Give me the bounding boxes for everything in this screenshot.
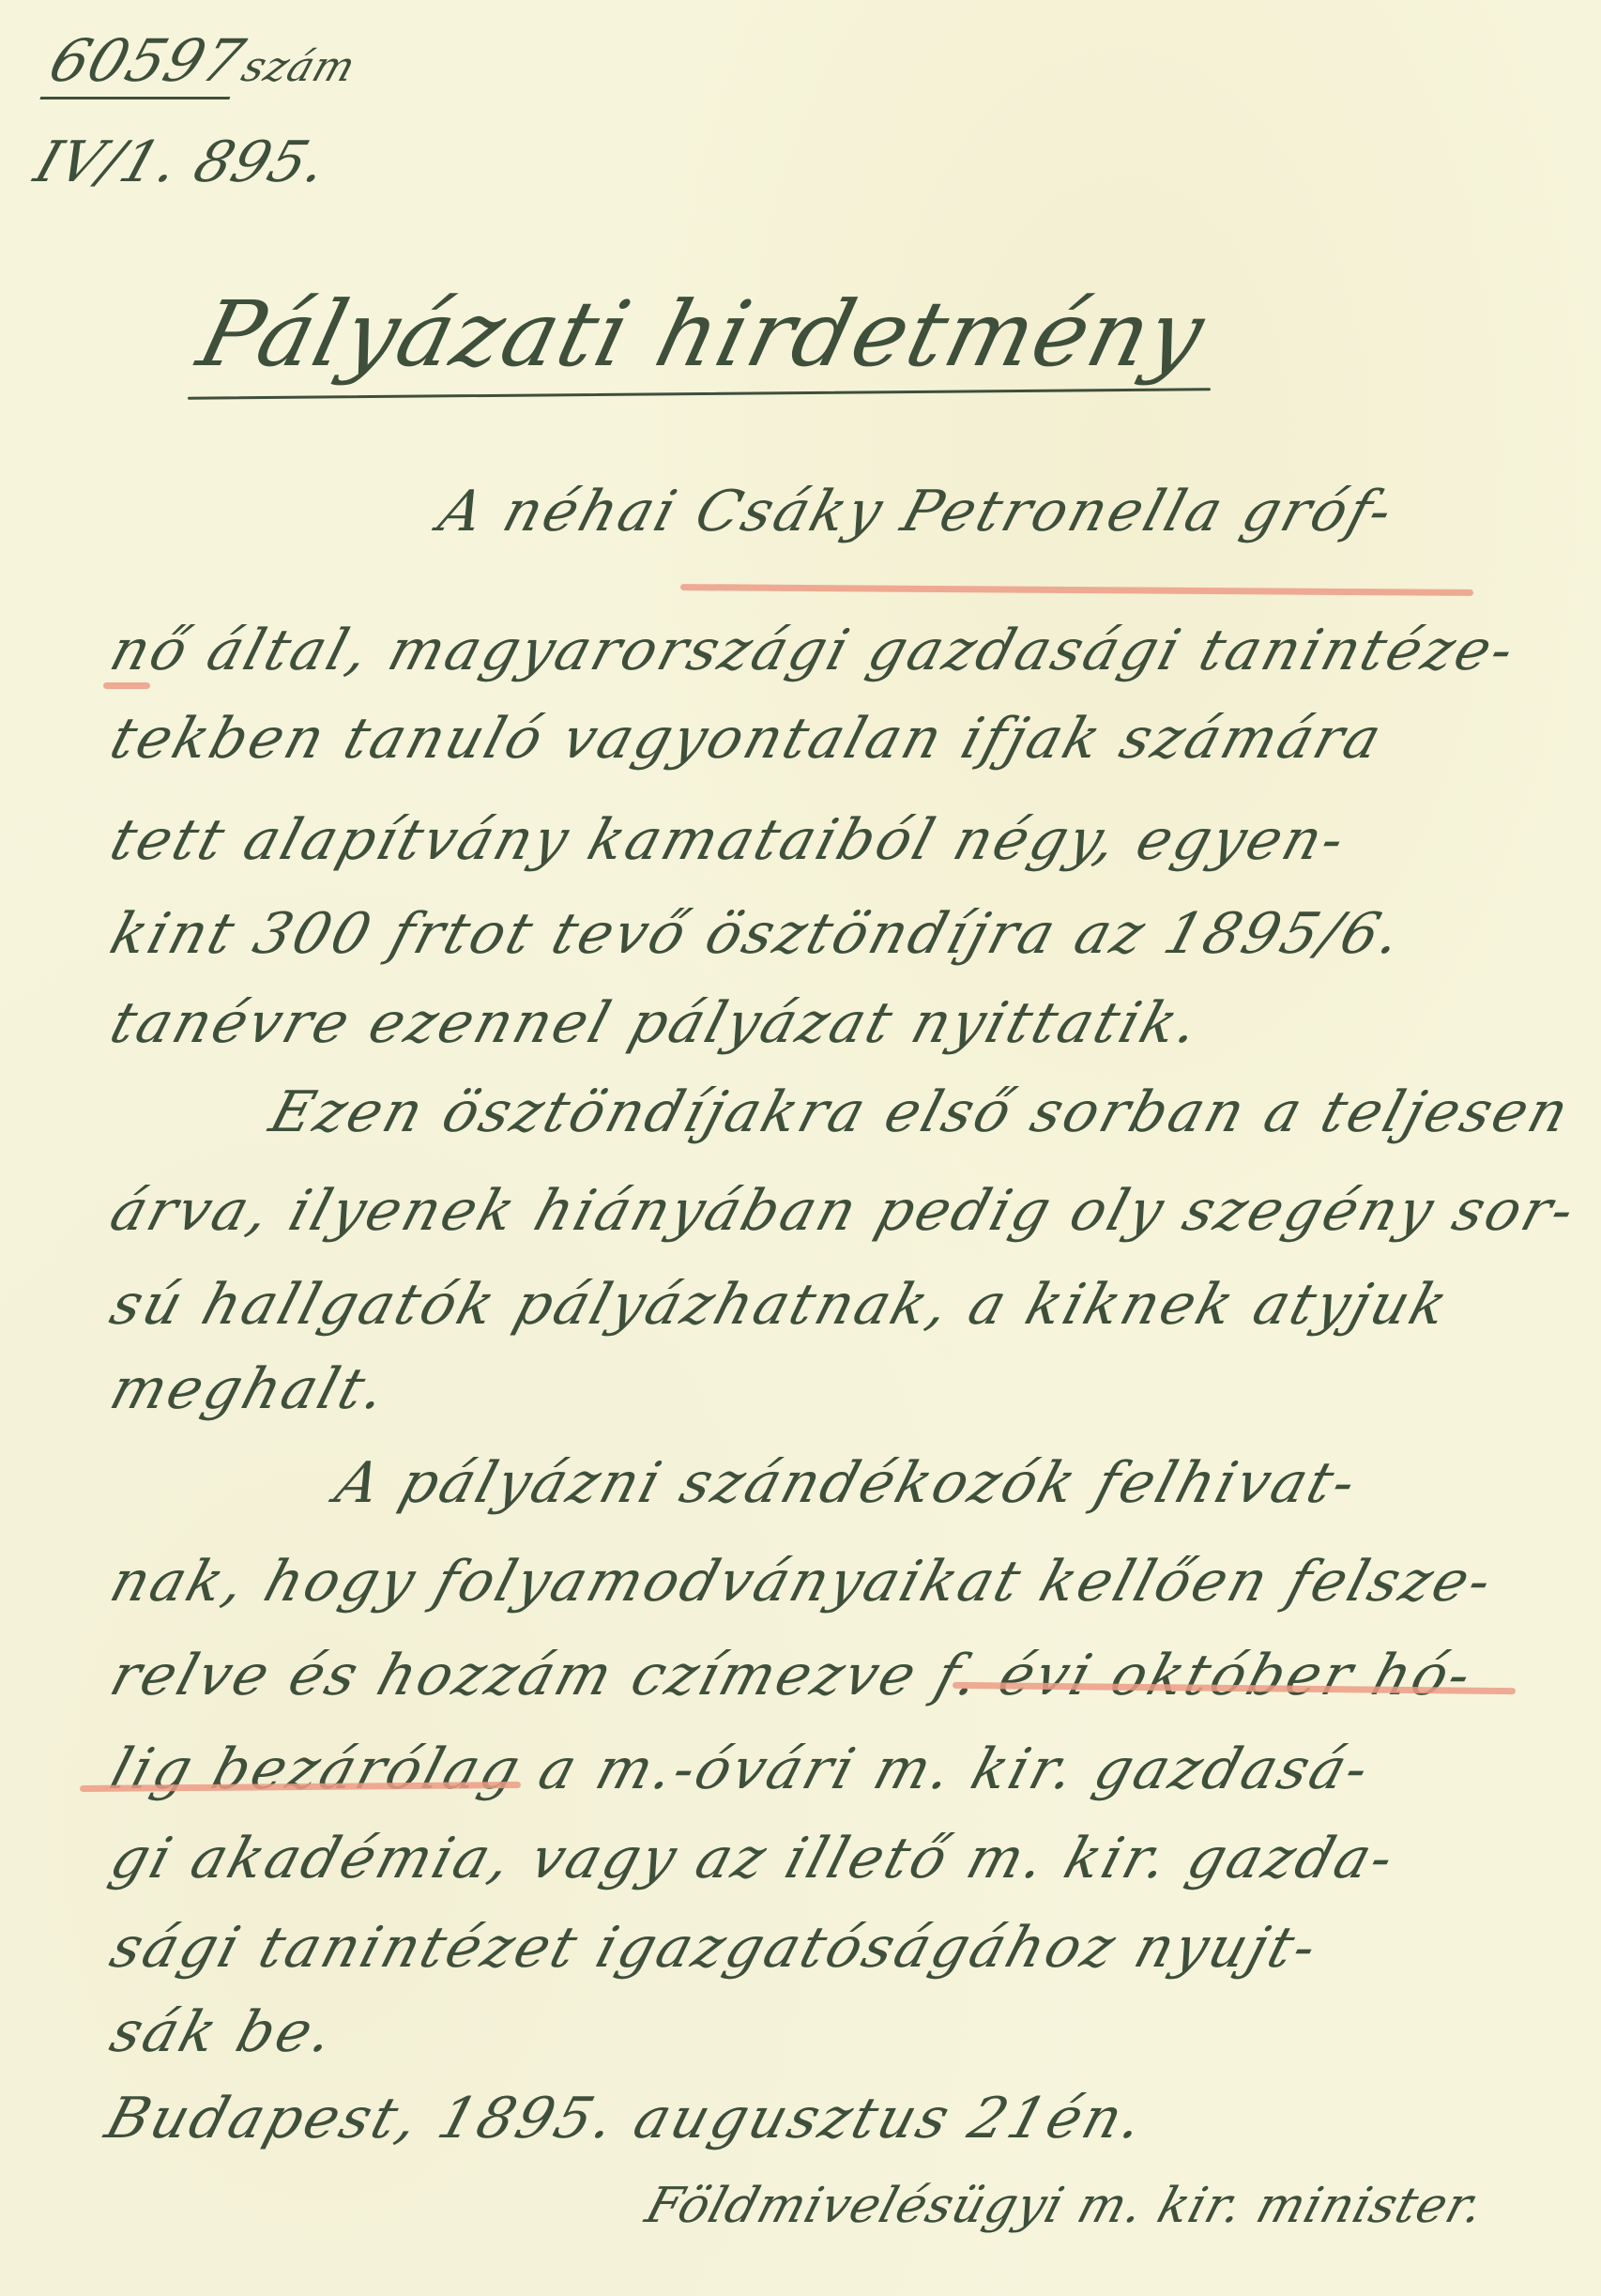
body-line-16: sági tanintézet igazgatóságához nyujt- xyxy=(103,1915,1326,1981)
body-line-15: gi akadémia, vagy az illető m. kir. gazd… xyxy=(103,1826,1404,1891)
reference-date-code: IV/1. 895. xyxy=(27,130,337,195)
body-line-10: meghalt. xyxy=(103,1356,396,1422)
reference-number-suffix: szám xyxy=(236,43,361,91)
body-line-4: tett alapítvány kamataiból négy, egyen- xyxy=(103,807,1354,873)
reference-number-value: 60597 xyxy=(39,26,253,99)
body-line-5: kint 300 frtot tevő ösztöndíjra az 1895/… xyxy=(103,901,1411,967)
body-line-17: sák be. xyxy=(103,1999,343,2065)
body-line-11: A pályázni szándékozók felhivat- xyxy=(328,1450,1365,1516)
document-title: Pályázati hirdetmény xyxy=(189,282,1215,387)
body-line-9: sú hallgatók pályázhatnak, a kiknek atyj… xyxy=(103,1272,1457,1338)
body-line-6: tanévre ezennel pályázat nyittatik. xyxy=(103,990,1209,1056)
signature: Földmivelésügyi m. kir. minister. xyxy=(639,2178,1490,2234)
reference-number: 60597szám xyxy=(39,26,367,99)
red-underline-no xyxy=(103,682,150,689)
body-line-1: A néhai Csáky Petronella gróf- xyxy=(432,479,1402,544)
body-line-8: árva, ilyenek hiányában pedig oly szegén… xyxy=(103,1178,1584,1244)
body-line-14: lig bezárólag a m.-óvári m. kir. gazdasá… xyxy=(103,1737,1379,1802)
body-line-3: tekben tanuló vagyontalan ifjak számára xyxy=(103,706,1391,772)
body-line-7: Ezen ösztöndíjakra első sorban a teljese… xyxy=(263,1079,1578,1145)
place-and-date: Budapest, 1895. augusztus 21én. xyxy=(99,2086,1153,2151)
body-line-13: relve és hozzám czímezve f. évi október … xyxy=(103,1643,1481,1708)
body-line-12: nak, hogy folyamodványaikat kellően fels… xyxy=(103,1549,1502,1615)
body-line-2: nő által, magyarországi gazdasági tanint… xyxy=(103,618,1524,683)
